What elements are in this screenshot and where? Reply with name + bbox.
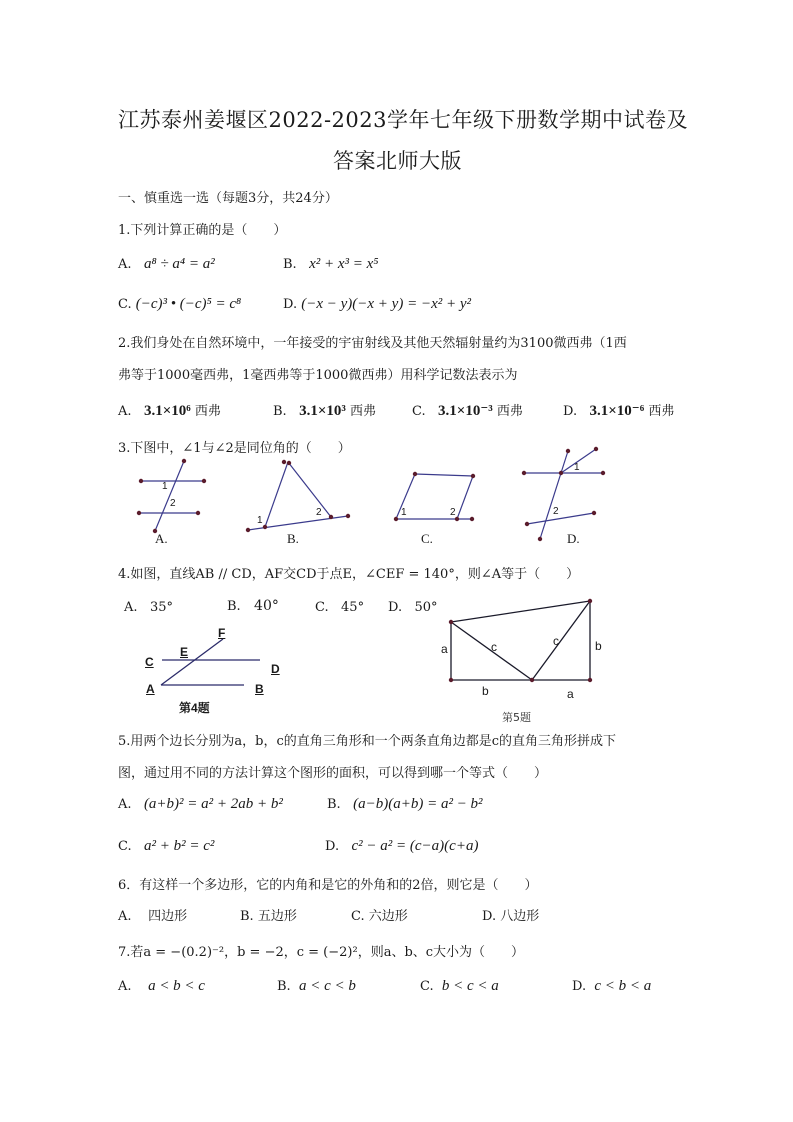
q5-side-b-right: b: [595, 639, 602, 653]
q3b-angle-1: 1: [257, 515, 263, 526]
q6-option-a: A. 四边形: [118, 905, 187, 924]
q5-figure: [449, 599, 592, 682]
q3d-angle-2: 2: [553, 506, 559, 517]
option-expr: 四边形: [148, 909, 187, 924]
q3-figure-d: [522, 447, 605, 541]
q4-point-d: D: [271, 662, 280, 676]
option-expr: (a+b)² = a² + 2ab + b²: [144, 796, 283, 812]
q5-side-c-right: c: [553, 634, 559, 648]
q6-option-d: D. 八边形: [482, 905, 539, 924]
q4-point-a: A: [146, 682, 155, 696]
q3b-angle-2: 2: [316, 507, 322, 518]
option-label: D.: [388, 600, 402, 615]
option-label: A.: [124, 600, 138, 615]
option-expr: 35°: [150, 600, 173, 615]
option-label: A.: [118, 909, 132, 924]
option-label: A.: [118, 797, 132, 812]
q4-option-b: B. 40°: [227, 598, 279, 614]
q5-option-a: A. (a+b)² = a² + 2ab + b²: [118, 796, 283, 813]
q5-option-b: B. (a−b)(a+b) = a² − b²: [327, 796, 483, 813]
q3-caption-d: D.: [567, 531, 580, 547]
q5-stem-line1: 5.用两个边长分别为a，b，c的直角三角形和一个两条直角边都是c的直角三角形拼成…: [118, 730, 616, 749]
option-expr: 五边形: [258, 909, 297, 924]
q3-caption-a: A.: [155, 531, 168, 547]
q7-option-d: D. c < b < a: [572, 978, 651, 995]
q3-figure-a: [137, 459, 206, 533]
option-expr: a < c < b: [299, 978, 356, 994]
q5-side-b-bottom: b: [482, 684, 489, 698]
q3a-angle-2: 2: [170, 498, 176, 509]
q3c-angle-1: 1: [401, 507, 407, 518]
q7-option-b: B. a < c < b: [277, 978, 356, 995]
q4-option-a: A. 35°: [124, 600, 173, 615]
q7-option-c: C. b < c < a: [420, 978, 499, 995]
q5-option-c: C. a² + b² = c²: [118, 838, 214, 855]
q4-stem: 4.如图，直线AB // CD，AF交CD于点E，∠CEF = 140°，则∠A…: [118, 563, 579, 582]
option-expr: c < b < a: [594, 978, 651, 994]
option-label: A.: [118, 979, 132, 994]
q4-point-c: C: [145, 655, 154, 669]
q6-option-b: B. 五边形: [240, 905, 297, 924]
q5-side-a-bottom: a: [567, 687, 574, 701]
option-expr: 45°: [341, 600, 364, 615]
q4-figure: [161, 639, 260, 685]
option-expr: (a−b)(a+b) = a² − b²: [353, 796, 482, 812]
option-label: B.: [277, 979, 291, 994]
q3c-angle-2: 2: [450, 507, 456, 518]
option-label: B.: [227, 599, 241, 614]
option-label: C.: [420, 979, 434, 994]
q3-caption-b: B.: [287, 531, 299, 547]
q4-point-f: F: [218, 626, 225, 640]
q5-side-c-left: c: [491, 640, 497, 654]
q6-option-c: C. 六边形: [351, 905, 408, 924]
option-expr: a < b < c: [148, 978, 205, 994]
q6-stem: 6．有这样一个多边形，它的内角和是它的外角和的2倍，则它是（ ）: [118, 874, 538, 893]
option-label: C.: [315, 600, 329, 615]
option-label: B.: [240, 909, 254, 924]
q5-figure-caption: 第5题: [502, 709, 531, 725]
option-expr: 50°: [415, 600, 438, 615]
option-label: C.: [351, 909, 365, 924]
q7-option-a: A. a < b < c: [118, 978, 205, 995]
q3d-angle-1: 1: [574, 462, 580, 473]
option-expr: c² − a² = (c−a)(c+a): [352, 838, 479, 854]
q5-stem-line2: 图，通过用不同的方法计算这个图形的面积，可以得到哪一个等式（ ）: [118, 762, 547, 781]
option-label: B.: [327, 797, 341, 812]
q5-option-d: D. c² − a² = (c−a)(c+a): [325, 838, 478, 855]
option-expr: 八边形: [500, 909, 539, 924]
q4-figure-caption: 第4题: [179, 699, 210, 716]
q7-stem: 7.若a = −(0.2)⁻²，b = −2，c = (−2)²，则a、b、c大…: [118, 941, 524, 960]
option-label: C.: [118, 839, 132, 854]
q5-side-a-left: a: [441, 642, 448, 656]
option-expr: b < c < a: [442, 978, 499, 994]
option-expr: a² + b² = c²: [144, 838, 214, 854]
option-expr: 40°: [254, 598, 279, 614]
option-label: D.: [572, 979, 586, 994]
q4-point-b: B: [255, 682, 264, 696]
option-label: D.: [482, 909, 496, 924]
q3-caption-c: C.: [421, 531, 433, 547]
option-label: D.: [325, 839, 339, 854]
q4-option-d: D. 50°: [388, 600, 438, 615]
q4-point-e: E: [180, 645, 188, 659]
q3a-angle-1: 1: [162, 481, 168, 492]
option-expr: 六边形: [369, 909, 408, 924]
q4-option-c: C. 45°: [315, 600, 364, 615]
